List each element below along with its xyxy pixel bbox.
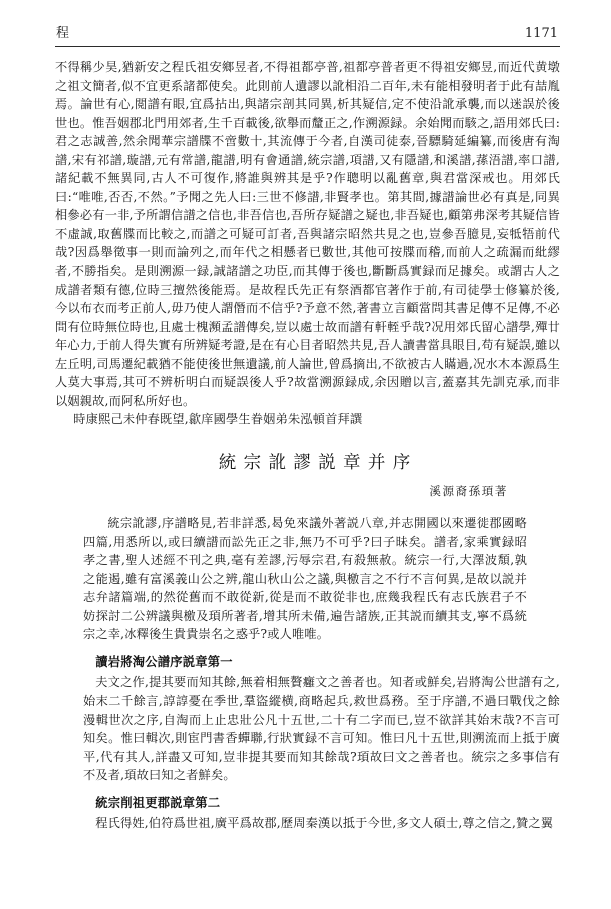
book-page: 程 1171 不得稱少昊,猶新安之程氏祖安鄉昱者,不得祖都亭普,祖都亭普者更不得… (0, 0, 611, 909)
header-rule (55, 46, 560, 47)
chapter-heading-1: 讀岩將淘公譜序説章第一 (83, 653, 560, 672)
section-title: 統宗訛謬説章并序 (69, 454, 560, 473)
chapter-text-2: 程氏得姓,伯符爲世祖,廣平爲故郡,歷周秦漢以抵于今世,多文人碩士,尊之信之,贊之… (83, 814, 560, 833)
running-title: 程 (56, 22, 69, 41)
section-tongzong: 統宗訛謬説章并序 溪源裔孫頊著 統宗訛謬,序譜略見,若非詳悉,曷免來議外著説八章… (83, 454, 560, 833)
chapter-text-1: 夫文之作,提其要而知其餘,無着相無贅癰文之善者也。知者或鮮矣,岩將淘公世譜有之,… (83, 673, 560, 784)
page-number: 1171 (525, 26, 558, 41)
running-head: 程 1171 (55, 22, 560, 46)
preface-signature: 時康熙己未仲春既望,歙庠國學生眷姻弟朱泓頓首拜譔 (55, 410, 560, 429)
section-preface: 統宗訛謬,序譜略見,若非詳悉,曷免來議外著説八章,并志開國以來遷徙郡國略四篇,用… (83, 514, 527, 644)
section-author: 溪源裔孫頊著 (83, 482, 560, 501)
front-paragraph: 不得稱少昊,猶新安之程氏祖安鄉昱者,不得祖都亭普,祖都亭普者更不得祖安鄉昱,而近… (55, 58, 560, 410)
page-body: 不得稱少昊,猶新安之程氏祖安鄉昱者,不得祖都亭普,祖都亭普者更不得祖安鄉昱,而近… (55, 58, 560, 833)
chapter-heading-2: 統宗削祖更郡説章第二 (83, 794, 560, 813)
